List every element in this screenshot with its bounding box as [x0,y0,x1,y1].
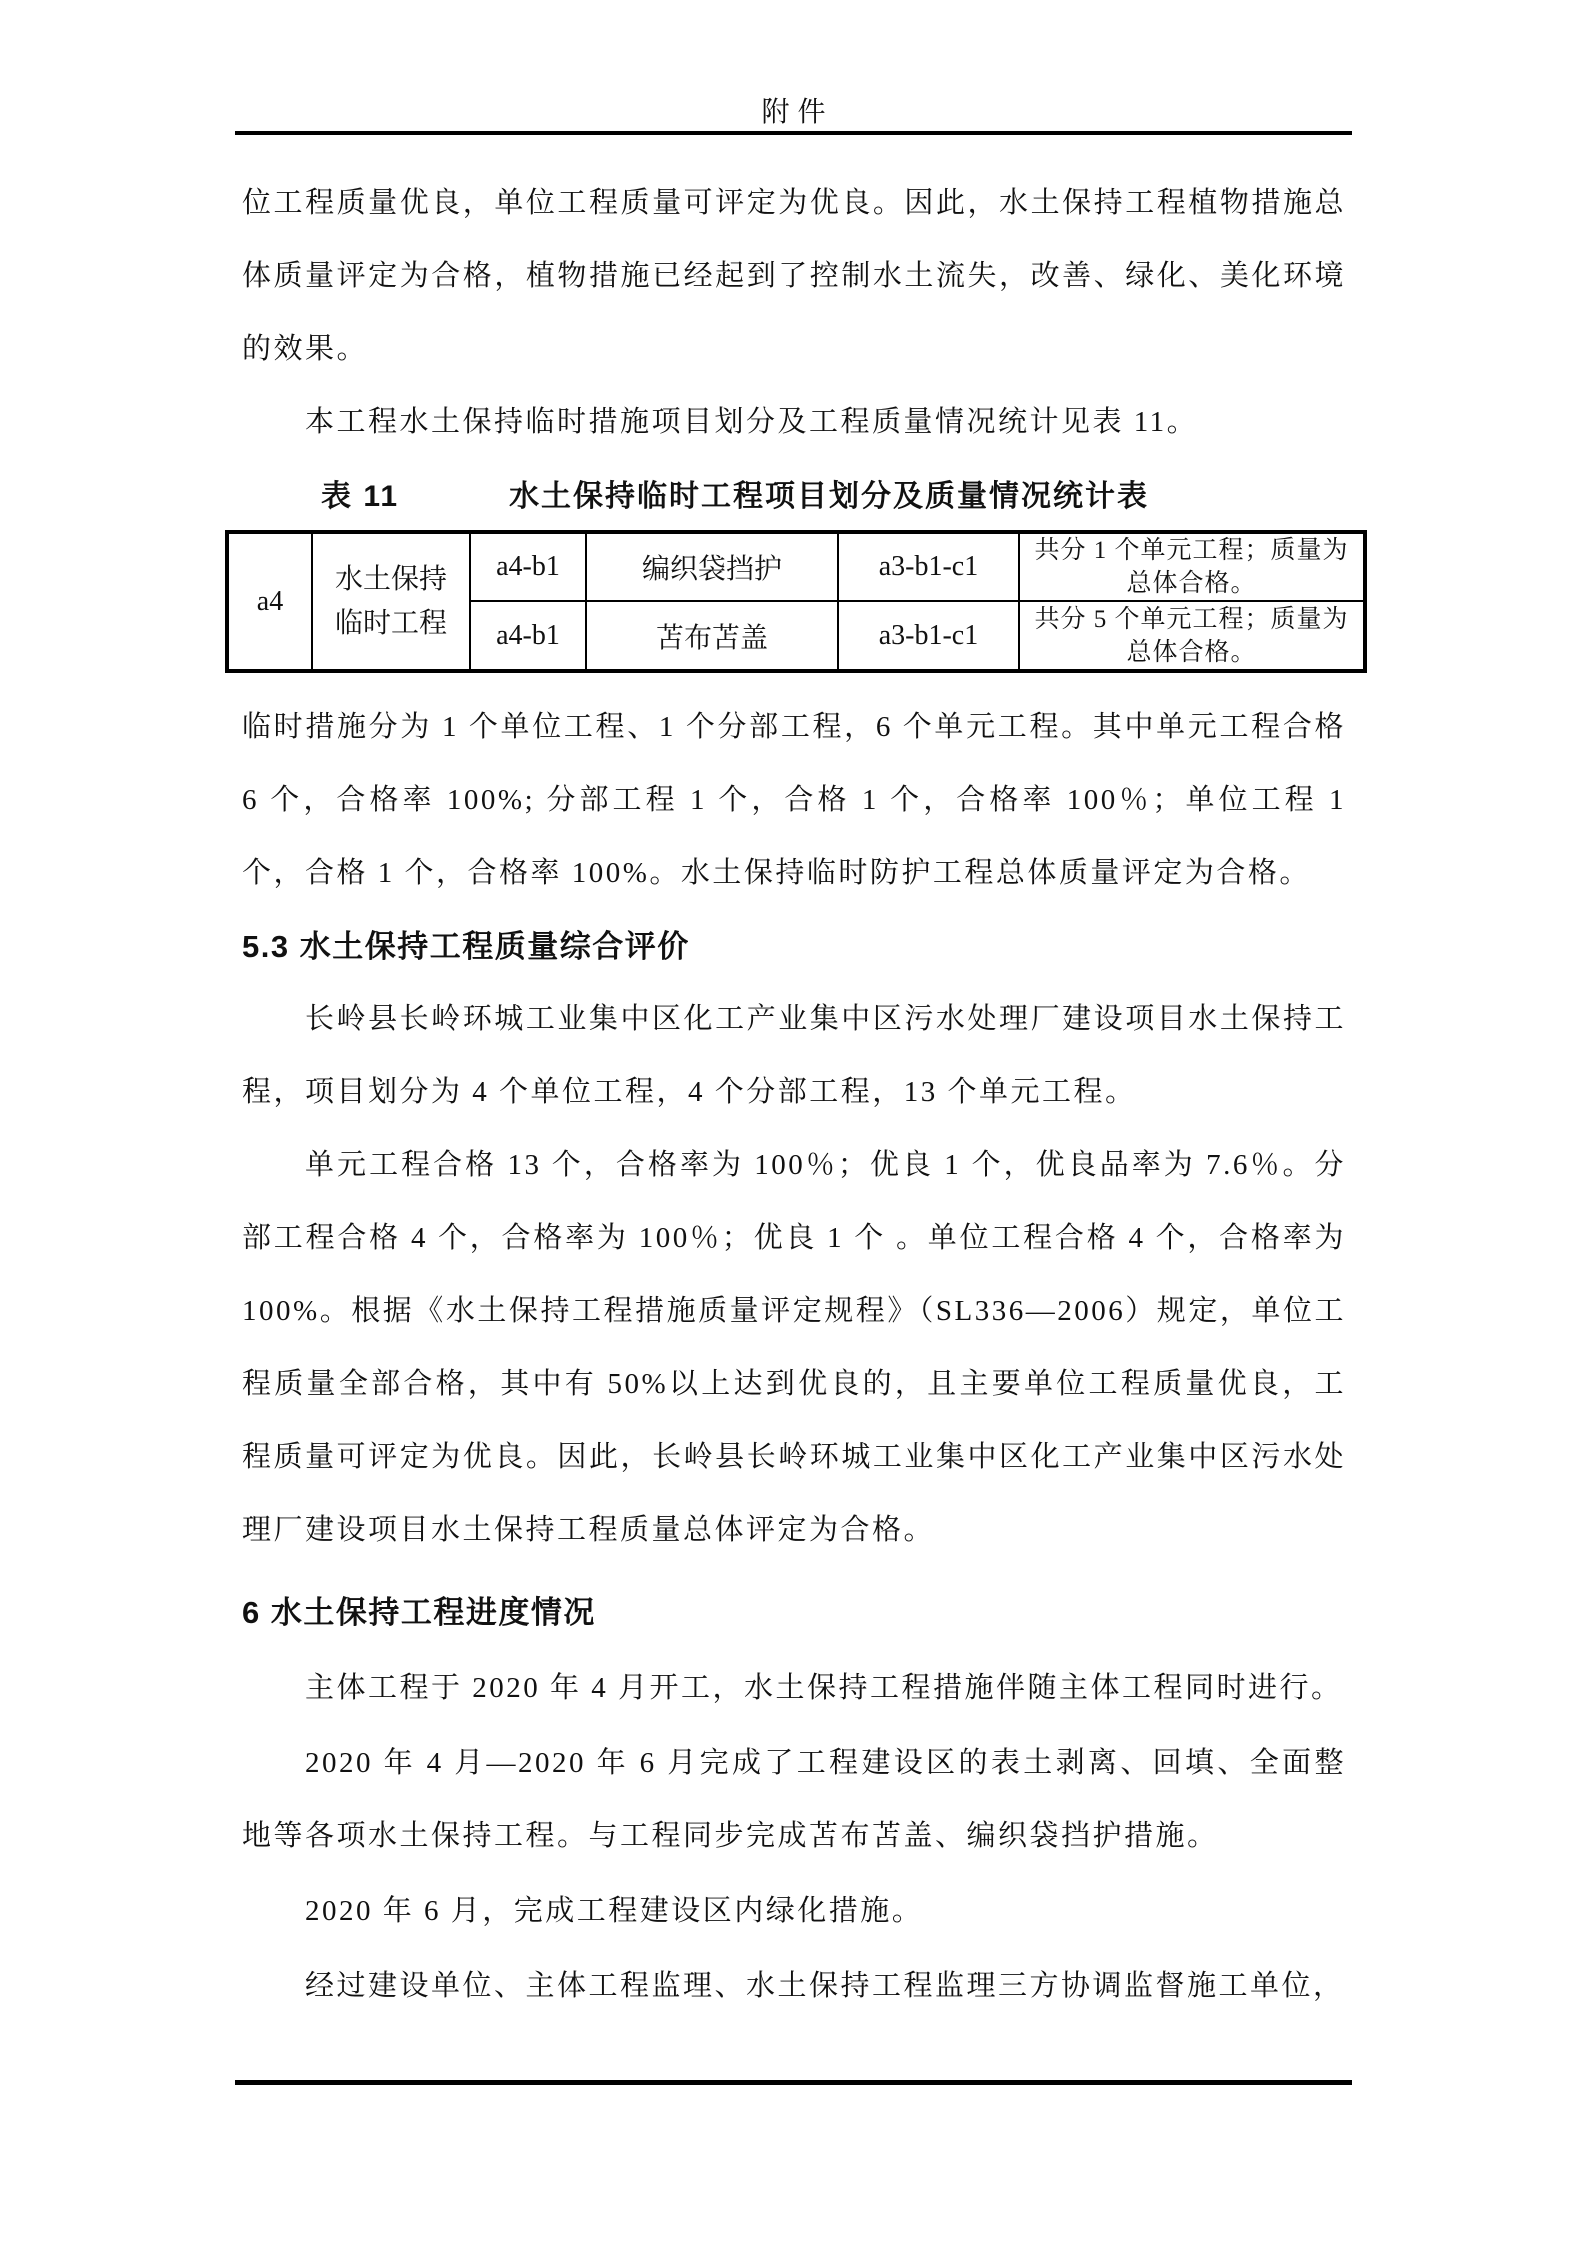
paragraph-progress-start: 主体工程于 2020 年 4 月开工，水土保持工程措施伴随主体工程同时进行。 [242,1652,1346,1725]
cell-item-woven-bag-protection: 编织袋挡护 [586,532,838,601]
heading-6-progress: 6 水土保持工程进度情况 [242,1576,1346,1649]
cell-item-tarpaulin-cover: 苫布苫盖 [586,601,838,671]
paragraph-progress-supervision: 经过建设单位、主体工程监理、水土保持工程监理三方协调监督施工单位， [242,1950,1346,2023]
table-11-caption: 表 11 水土保持临时工程项目划分及质量情况统计表 [321,477,1149,517]
cell-code-a3-b1-c1: a3-b1-c1 [838,601,1019,671]
table-11-caption-title: 水土保持临时工程项目划分及质量情况统计表 [509,477,1149,517]
paragraph-progress-june-greening: 2020 年 6 月，完成工程建设区内绿化措施。 [242,1875,1346,1948]
paragraph-quality-detail: 单元工程合格 13 个，合格率为 100％；优良 1 个，优良品率为 7.6％。… [242,1129,1346,1567]
table-row: a4 水土保持 临时工程 a4-b1 编织袋挡护 a3-b1-c1 共分 1 个… [227,532,1365,601]
cell-note-row2: 共分 5 个单元工程；质量为 总体合格。 [1019,601,1365,671]
cell-code-a4-b1: a4-b1 [470,601,586,671]
table-11-temporary-works-quality: a4 水土保持 临时工程 a4-b1 编织袋挡护 a3-b1-c1 共分 1 个… [225,530,1367,673]
paragraph-plant-measures-continuation: 位工程质量优良，单位工程质量可评定为优良。因此，水土保持工程植物措施总体质量评定… [242,167,1346,386]
paragraph-table-intro: 本工程水土保持临时措施项目划分及工程质量情况统计见表 11。 [242,386,1346,459]
page-header-attachment-label: 附件 [0,90,1587,130]
cell-code-a4: a4 [227,532,312,671]
heading-5-3-quality-evaluation: 5.3 水土保持工程质量综合评价 [242,910,1346,983]
paragraph-progress-april-june: 2020 年 4 月—2020 年 6 月完成了工程建设区的表土剥离、回填、全面… [242,1727,1346,1873]
header-rule [235,131,1352,135]
cell-code-a3-b1-c1: a3-b1-c1 [838,532,1019,601]
cell-group-temporary-works: 水土保持 临时工程 [312,532,470,671]
paragraph-quality-intro: 长岭县长岭环城工业集中区化工产业集中区污水处理厂建设项目水土保持工程，项目划分为… [242,983,1346,1129]
cell-code-a4-b1: a4-b1 [470,532,586,601]
cell-note-row1: 共分 1 个单元工程；质量为 总体合格。 [1019,532,1365,601]
paragraph-temporary-measures-stats: 临时措施分为 1 个单位工程、1 个分部工程，6 个单元工程。其中单元工程合格 … [242,691,1346,910]
document-page: 附件 位工程质量优良，单位工程质量可评定为优良。因此，水土保持工程植物措施总体质… [0,0,1587,2245]
footer-rule [235,2080,1352,2085]
table-11-caption-label: 表 11 [321,477,399,517]
